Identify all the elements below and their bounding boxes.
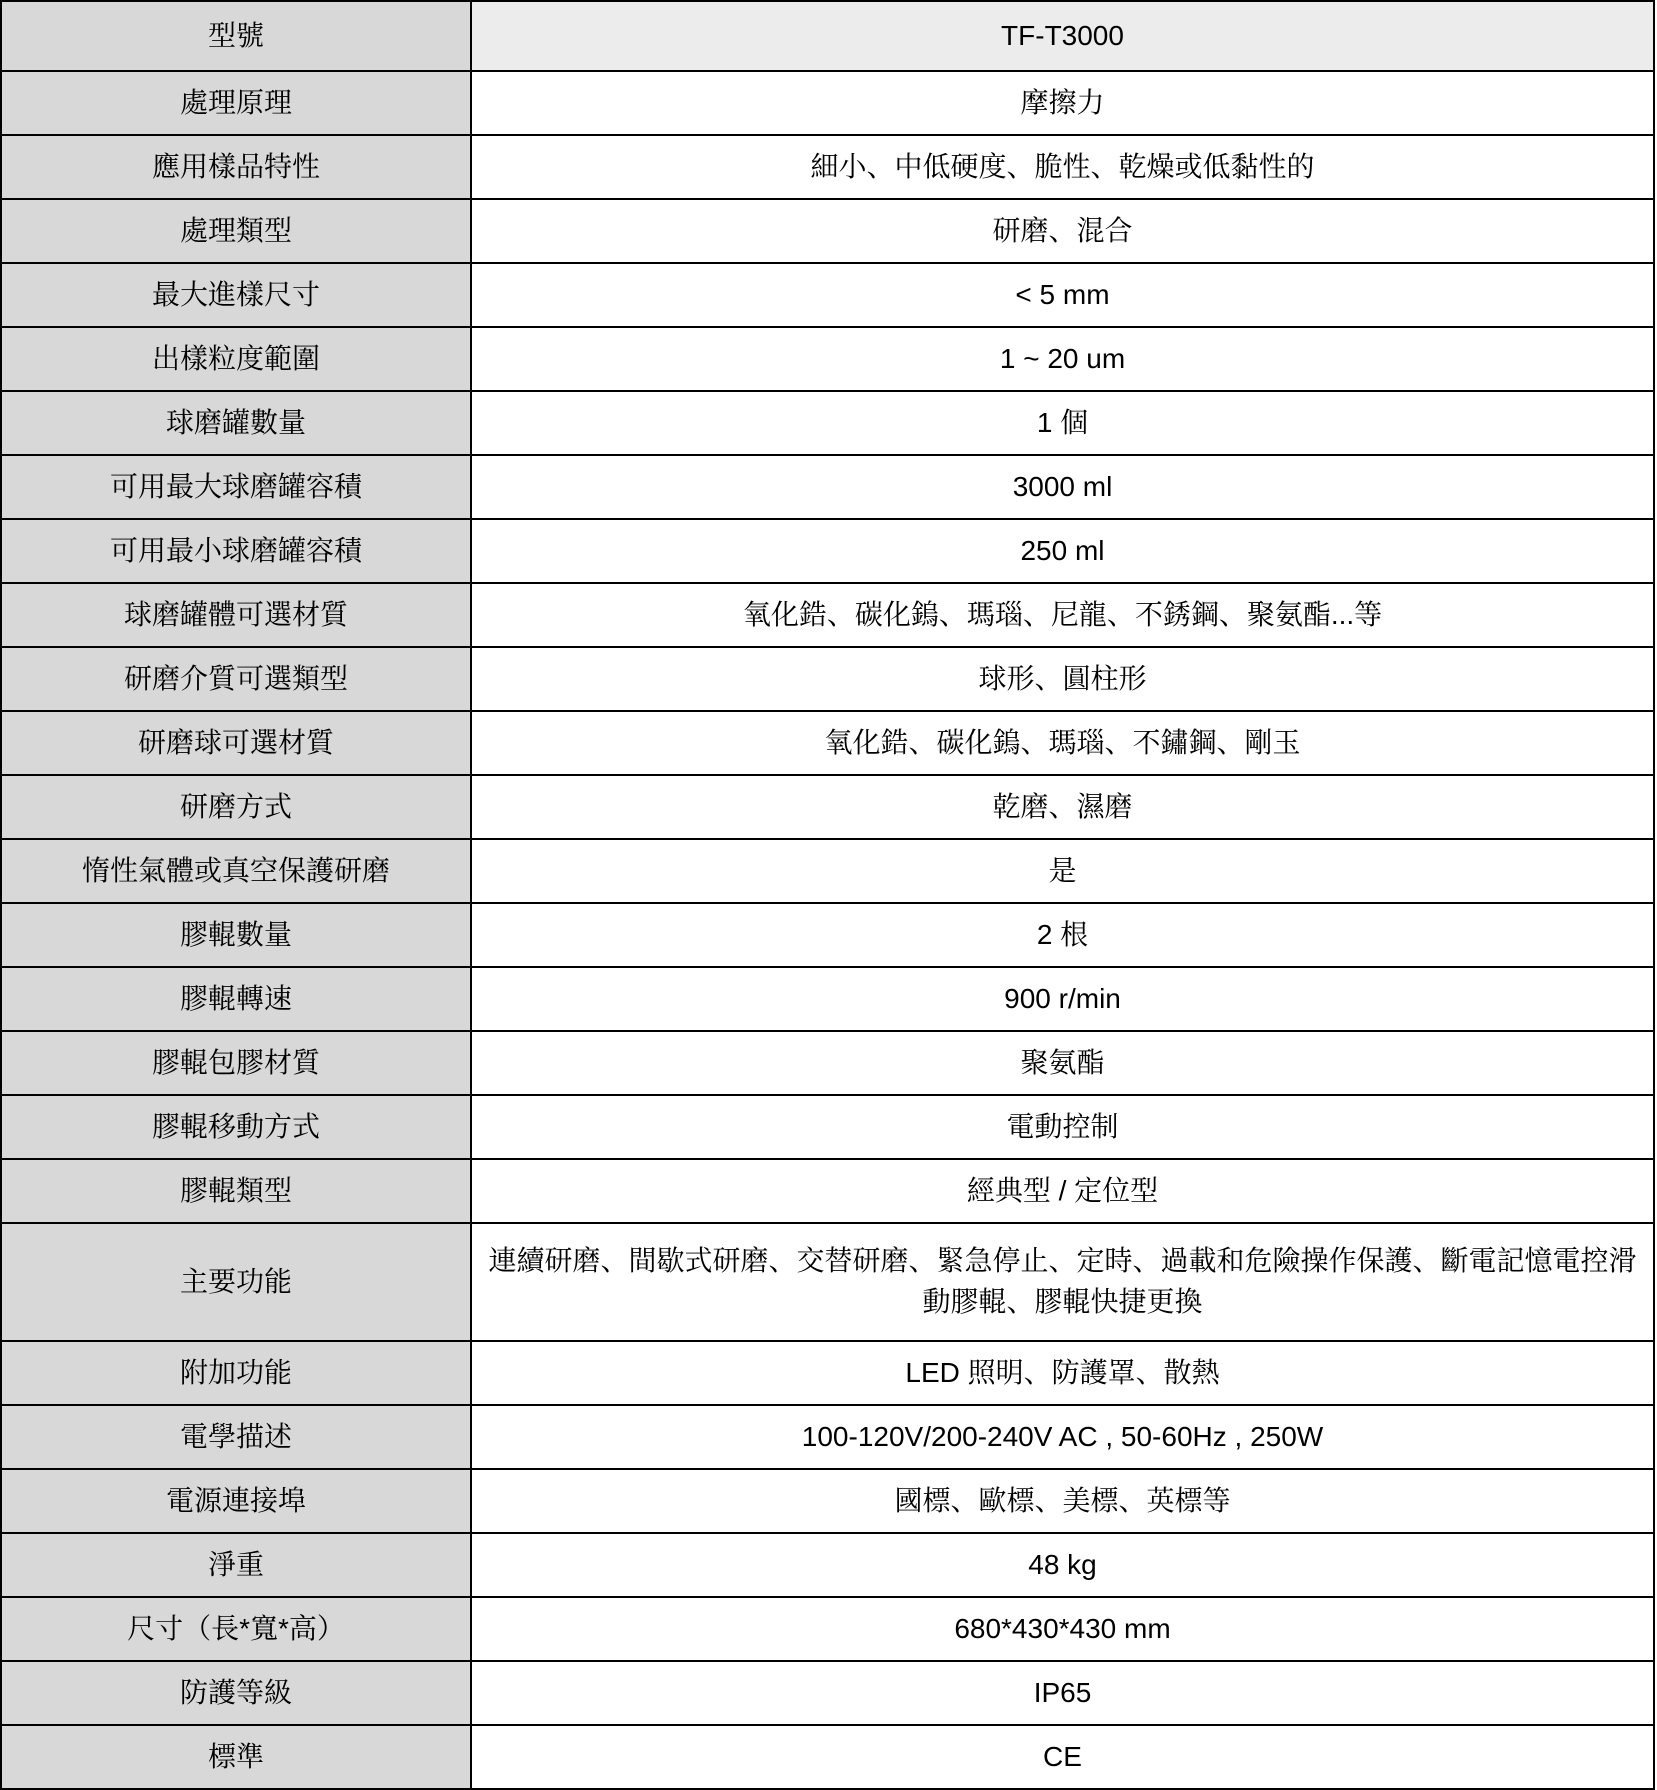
spec-label: 可用最大球磨罐容積 (1, 455, 471, 519)
spec-value: LED 照明、防護罩、散熱 (471, 1341, 1654, 1405)
spec-value: 研磨、混合 (471, 199, 1654, 263)
spec-label: 研磨介質可選類型 (1, 647, 471, 711)
spec-label: 惰性氣體或真空保護研磨 (1, 839, 471, 903)
spec-label: 膠輥轉速 (1, 967, 471, 1031)
spec-value: CE (471, 1725, 1654, 1789)
spec-label: 膠輥移動方式 (1, 1095, 471, 1159)
spec-value: 球形、圓柱形 (471, 647, 1654, 711)
spec-value: 摩擦力 (471, 71, 1654, 135)
spec-value: 細小、中低硬度、脆性、乾燥或低黏性的 (471, 135, 1654, 199)
spec-value: 電動控制 (471, 1095, 1654, 1159)
spec-label: 膠輥類型 (1, 1159, 471, 1223)
table-row: 電學描述 100-120V/200-240V AC , 50-60Hz , 25… (1, 1405, 1654, 1469)
spec-table-body: 型號 TF-T3000 處理原理 摩擦力 應用樣品特性 細小、中低硬度、脆性、乾… (1, 1, 1654, 1789)
spec-label: 尺寸（長*寬*高） (1, 1597, 471, 1661)
table-row: 可用最大球磨罐容積 3000 ml (1, 455, 1654, 519)
table-row: 防護等級 IP65 (1, 1661, 1654, 1725)
spec-label: 標準 (1, 1725, 471, 1789)
spec-value: 國標、歐標、美標、英標等 (471, 1469, 1654, 1533)
table-row: 可用最小球磨罐容積 250 ml (1, 519, 1654, 583)
spec-value: < 5 mm (471, 263, 1654, 327)
spec-value: 是 (471, 839, 1654, 903)
spec-label: 主要功能 (1, 1223, 471, 1341)
spec-value: IP65 (471, 1661, 1654, 1725)
spec-label: 膠輥包膠材質 (1, 1031, 471, 1095)
table-row: 型號 TF-T3000 (1, 1, 1654, 71)
table-row: 淨重 48 kg (1, 1533, 1654, 1597)
spec-value: 乾磨、濕磨 (471, 775, 1654, 839)
spec-value: 3000 ml (471, 455, 1654, 519)
table-row: 處理類型 研磨、混合 (1, 199, 1654, 263)
table-row: 惰性氣體或真空保護研磨 是 (1, 839, 1654, 903)
spec-value: 250 ml (471, 519, 1654, 583)
spec-value: 1 個 (471, 391, 1654, 455)
table-row: 膠輥移動方式 電動控制 (1, 1095, 1654, 1159)
spec-value: 聚氨酯 (471, 1031, 1654, 1095)
spec-value: 900 r/min (471, 967, 1654, 1031)
spec-label: 研磨方式 (1, 775, 471, 839)
spec-value: 1 ~ 20 um (471, 327, 1654, 391)
spec-value: 氧化鋯、碳化鎢、瑪瑙、尼龍、不銹鋼、聚氨酯...等 (471, 583, 1654, 647)
table-row: 球磨罐數量 1 個 (1, 391, 1654, 455)
table-row: 應用樣品特性 細小、中低硬度、脆性、乾燥或低黏性的 (1, 135, 1654, 199)
spec-label: 可用最小球磨罐容積 (1, 519, 471, 583)
spec-value: 氧化鋯、碳化鎢、瑪瑙、不鏽鋼、剛玉 (471, 711, 1654, 775)
spec-value: 2 根 (471, 903, 1654, 967)
spec-value: 48 kg (471, 1533, 1654, 1597)
table-row: 最大進樣尺寸 < 5 mm (1, 263, 1654, 327)
spec-value: 經典型 / 定位型 (471, 1159, 1654, 1223)
spec-label: 處理類型 (1, 199, 471, 263)
spec-table: 型號 TF-T3000 處理原理 摩擦力 應用樣品特性 細小、中低硬度、脆性、乾… (0, 0, 1655, 1790)
table-row: 出樣粒度範圍 1 ~ 20 um (1, 327, 1654, 391)
table-row: 主要功能 連續研磨、間歇式研磨、交替研磨、緊急停止、定時、過載和危險操作保護、斷… (1, 1223, 1654, 1341)
spec-label: 出樣粒度範圍 (1, 327, 471, 391)
spec-label: 處理原理 (1, 71, 471, 135)
spec-label: 附加功能 (1, 1341, 471, 1405)
spec-label: 球磨罐體可選材質 (1, 583, 471, 647)
table-row: 附加功能 LED 照明、防護罩、散熱 (1, 1341, 1654, 1405)
spec-label: 最大進樣尺寸 (1, 263, 471, 327)
spec-label: 電學描述 (1, 1405, 471, 1469)
table-row: 膠輥數量 2 根 (1, 903, 1654, 967)
spec-value: TF-T3000 (471, 1, 1654, 71)
spec-value: 連續研磨、間歇式研磨、交替研磨、緊急停止、定時、過載和危險操作保護、斷電記憶電控… (471, 1223, 1654, 1341)
table-row: 研磨球可選材質 氧化鋯、碳化鎢、瑪瑙、不鏽鋼、剛玉 (1, 711, 1654, 775)
spec-value: 680*430*430 mm (471, 1597, 1654, 1661)
table-row: 電源連接埠 國標、歐標、美標、英標等 (1, 1469, 1654, 1533)
table-row: 膠輥類型 經典型 / 定位型 (1, 1159, 1654, 1223)
spec-label: 膠輥數量 (1, 903, 471, 967)
table-row: 尺寸（長*寬*高） 680*430*430 mm (1, 1597, 1654, 1661)
table-row: 研磨方式 乾磨、濕磨 (1, 775, 1654, 839)
spec-label: 電源連接埠 (1, 1469, 471, 1533)
spec-label: 型號 (1, 1, 471, 71)
table-row: 處理原理 摩擦力 (1, 71, 1654, 135)
spec-label: 淨重 (1, 1533, 471, 1597)
table-row: 球磨罐體可選材質 氧化鋯、碳化鎢、瑪瑙、尼龍、不銹鋼、聚氨酯...等 (1, 583, 1654, 647)
table-row: 膠輥轉速 900 r/min (1, 967, 1654, 1031)
spec-value: 100-120V/200-240V AC , 50-60Hz , 250W (471, 1405, 1654, 1469)
table-row: 標準 CE (1, 1725, 1654, 1789)
table-row: 膠輥包膠材質 聚氨酯 (1, 1031, 1654, 1095)
table-row: 研磨介質可選類型 球形、圓柱形 (1, 647, 1654, 711)
spec-label: 應用樣品特性 (1, 135, 471, 199)
spec-label: 球磨罐數量 (1, 391, 471, 455)
spec-label: 研磨球可選材質 (1, 711, 471, 775)
spec-label: 防護等級 (1, 1661, 471, 1725)
